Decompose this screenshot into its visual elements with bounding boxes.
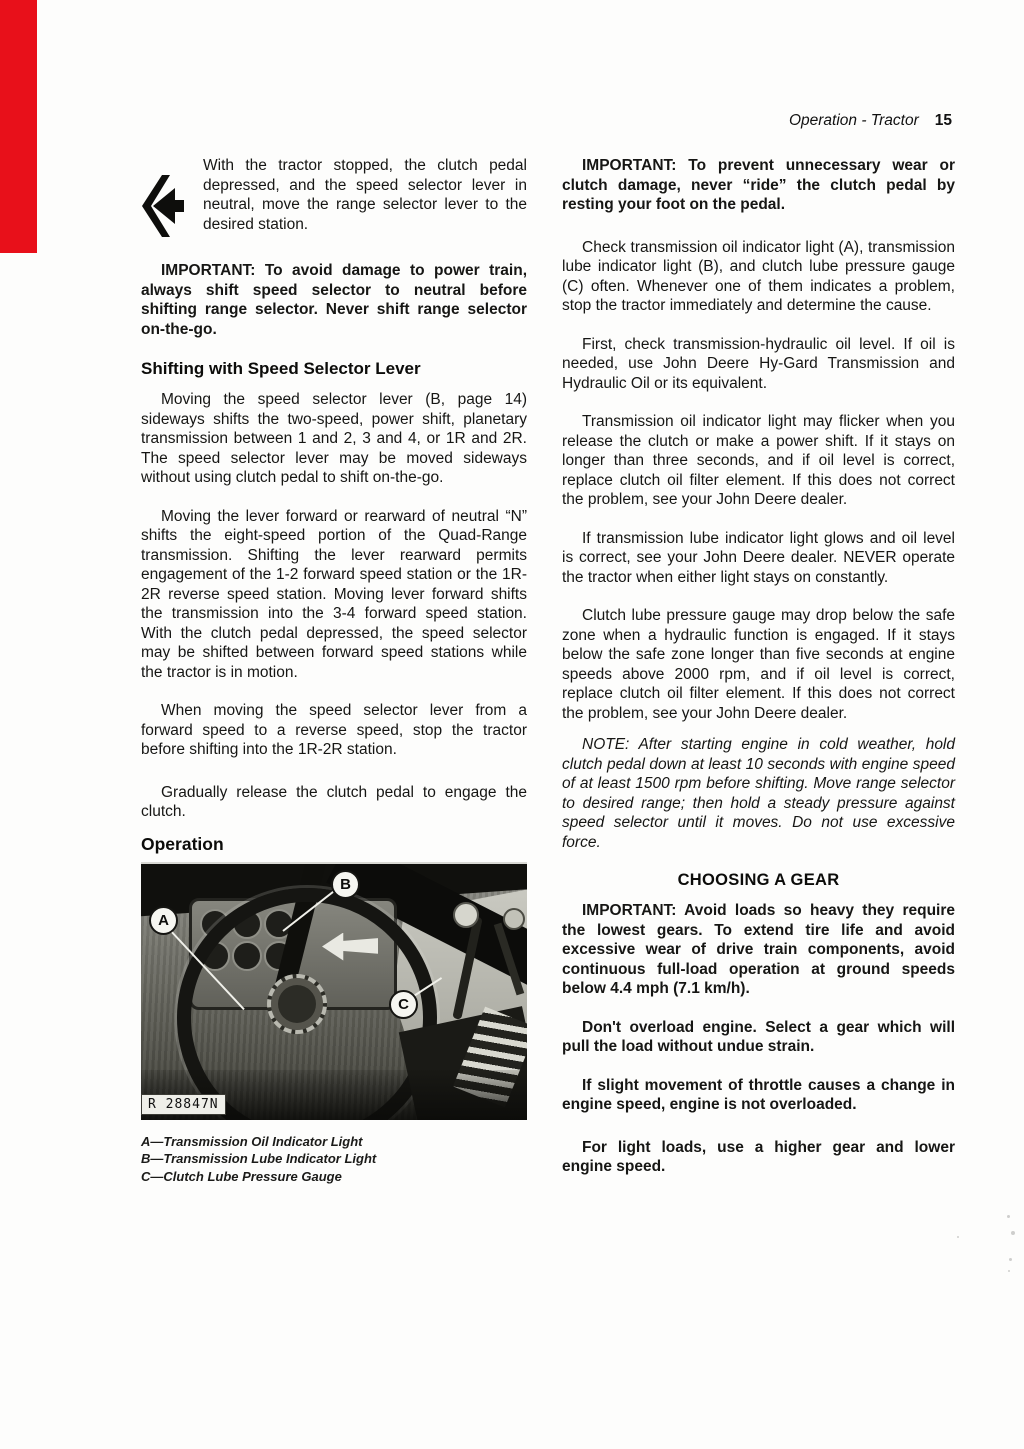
page-header: Operation - Tractor15 bbox=[0, 112, 952, 130]
body-paragraph: Moving the speed selector lever (B, page… bbox=[141, 390, 527, 488]
scan-speck bbox=[1011, 1231, 1015, 1235]
left-column: With the tractor stopped, the clutch ped… bbox=[141, 156, 527, 1185]
body-paragraph: Moving the lever forward or rearward of … bbox=[141, 507, 527, 683]
shift-lever-knob bbox=[453, 902, 479, 928]
bold-paragraph: If slight movement of throttle causes a … bbox=[562, 1076, 955, 1115]
photo-id-label: R 28847N bbox=[141, 1094, 226, 1115]
scan-speck bbox=[1007, 1215, 1010, 1218]
important-paragraph: IMPORTANT: Avoid loads so heavy they req… bbox=[562, 901, 955, 999]
body-paragraph: Transmission oil indicator light may fli… bbox=[562, 412, 955, 510]
intro-block: With the tractor stopped, the clutch ped… bbox=[141, 156, 527, 238]
caption-line-a: A—Transmission Oil Indicator Light bbox=[141, 1133, 527, 1151]
intro-paragraph: With the tractor stopped, the clutch ped… bbox=[203, 156, 527, 238]
section-heading-choosing: CHOOSING A GEAR bbox=[562, 870, 955, 891]
scan-speck bbox=[957, 1236, 959, 1238]
dashboard-photo: A B C R 28847N bbox=[141, 862, 527, 1120]
caption-line-b: B—Transmission Lube Indicator Light bbox=[141, 1150, 527, 1168]
important-paragraph: IMPORTANT: To prevent unnecessary wear o… bbox=[562, 156, 955, 215]
bold-paragraph: Don't overload engine. Select a gear whi… bbox=[562, 1018, 955, 1057]
scan-speck bbox=[1008, 1270, 1010, 1272]
body-paragraph: If transmission lube indicator light glo… bbox=[562, 529, 955, 588]
range-lever-knob bbox=[503, 908, 525, 930]
caption-line-c: C—Clutch Lube Pressure Gauge bbox=[141, 1168, 527, 1186]
manual-page: Operation - Tractor15 With the tractor s… bbox=[0, 0, 1024, 1449]
body-paragraph: Check transmission oil indicator light (… bbox=[562, 238, 955, 316]
callout-c: C bbox=[389, 990, 418, 1019]
section-heading-operation: Operation bbox=[141, 834, 527, 855]
important-paragraph: IMPORTANT: To avoid damage to power trai… bbox=[141, 261, 527, 339]
back-reference-arrow-icon bbox=[141, 156, 185, 238]
scan-speck bbox=[1009, 1258, 1012, 1261]
figure-caption: A—Transmission Oil Indicator Light B—Tra… bbox=[141, 1133, 527, 1186]
body-paragraph: When moving the speed selector lever fro… bbox=[141, 701, 527, 760]
right-column: IMPORTANT: To prevent unnecessary wear o… bbox=[562, 156, 955, 1195]
body-paragraph: Gradually release the clutch pedal to en… bbox=[141, 783, 527, 822]
page-number: 15 bbox=[935, 112, 952, 129]
body-paragraph: Clutch lube pressure gauge may drop belo… bbox=[562, 606, 955, 723]
running-head: Operation - Tractor bbox=[789, 112, 919, 129]
body-paragraph: First, check transmission-hydraulic oil … bbox=[562, 335, 955, 394]
bold-paragraph: For light loads, use a higher gear and l… bbox=[562, 1138, 955, 1177]
section-heading-shifting: Shifting with Speed Selector Lever bbox=[141, 358, 527, 379]
callout-b: B bbox=[331, 870, 360, 899]
callout-a: A bbox=[149, 906, 178, 935]
note-paragraph: NOTE: After starting engine in cold weat… bbox=[562, 735, 955, 852]
